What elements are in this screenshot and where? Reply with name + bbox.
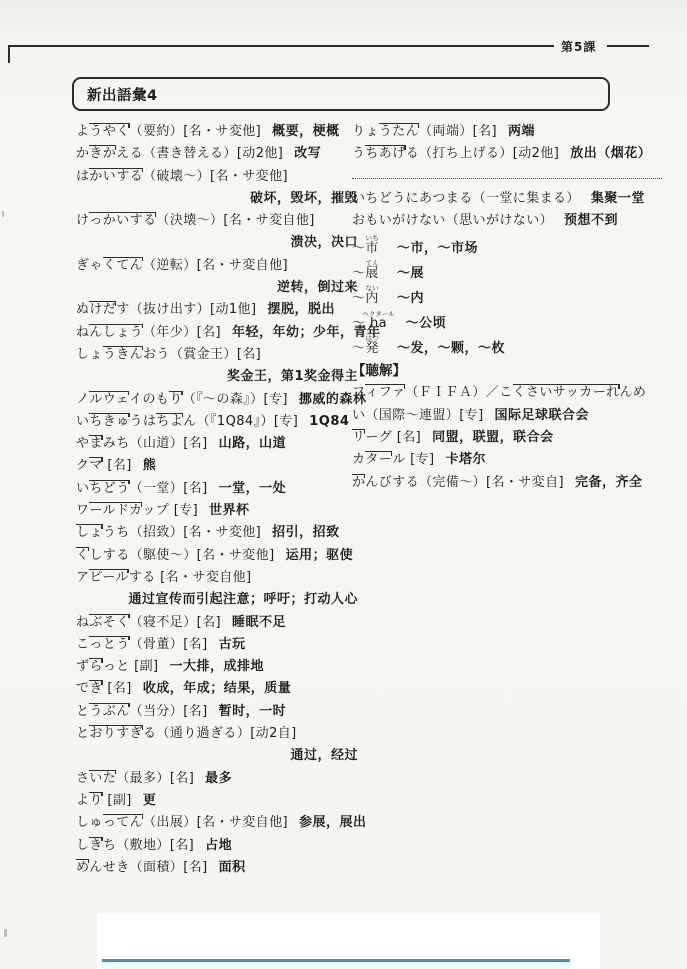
vocab-line: ぎゃくてん（逆転）[名・サ変自他]: [76, 255, 358, 277]
vocab-line: こっとう（骨董）[名]古玩: [76, 634, 358, 656]
vocab-line: ようやく（要約）[名・サ変他]概要，梗概: [76, 121, 358, 143]
meaning-continuation: 溃决，决口: [76, 232, 358, 254]
vocab-line: クマ [名]熊: [76, 455, 358, 477]
vocab-column-left: ようやく（要約）[名・サ変他]概要，梗概かきかえる（書き替える）[动2他]改写は…: [76, 121, 358, 879]
vocab-line: いちどう（一堂）[名]一堂，一处: [76, 478, 358, 500]
corner-crop-mark: [8, 45, 10, 63]
vocab-line: より [副]更: [76, 790, 358, 812]
vocab-line: ずらっと [副]一大排，成排地: [76, 656, 358, 678]
vocab-line: りょうたん（両端）[名]两端: [352, 121, 664, 143]
suffix-entry: ～市いち～市，～市场: [352, 232, 664, 257]
vocab-line: アピールする [名・サ変自他]: [76, 567, 358, 589]
vocab-line: かきかえる（書き替える）[动2他]改写: [76, 143, 358, 165]
vocab-line: おもいがけない（思いがけない）预想不到: [352, 210, 664, 232]
textbook-page: 第5課 新出語彙4 ようやく（要約）[名・サ変他]概要，梗概かきかえる（書き替え…: [0, 0, 687, 969]
vocab-line: い（国際～連盟）[专]国际足球联合会: [352, 405, 664, 427]
vocab-line: しきち（敷地）[名]占地: [76, 835, 358, 857]
vocab-line: ねんしょう（年少）[名]年轻，年幼；少年，青年: [76, 322, 358, 344]
vocab-line: はかいする（破壊～）[名・サ変他]: [76, 166, 358, 188]
meaning-continuation: 逆转，倒过来: [76, 277, 358, 299]
vocab-line: いちどうにあつまる（一堂に集まる）集聚一堂: [352, 188, 664, 210]
vocab-line: かんびする（完備～）[名・サ変自]完备，齐全: [352, 472, 664, 494]
vocab-line: フィファ（ＦＩＦＡ）／こくさいサッカーれんめ: [352, 382, 664, 404]
vocab-column-right: りょうたん（両端）[名]两端うちあげる（打ち上げる）[动2他]放出（烟花）いちど…: [352, 121, 664, 494]
meaning-continuation: 通过宣传而引起注意；呼吁；打动人心: [76, 589, 358, 611]
vocab-line: けっかいする（決壊～）[名・サ変自他]: [76, 210, 358, 232]
vocab-line: さいた（最多）[名]最多: [76, 768, 358, 790]
meaning-continuation: 破坏，毁坏，摧毁: [76, 188, 358, 210]
vocab-line: くしする（駆使～）[名・サ変他]运用；驱使: [76, 545, 358, 567]
vocab-title-box: 新出語彙4: [72, 77, 610, 111]
vocab-line: ねぶそく（寝不足）[名]睡眠不足: [76, 612, 358, 634]
vocab-line: しょうち（招致）[名・サ変他]招引，招致: [76, 522, 358, 544]
vocab-line: リーグ [名]同盟，联盟，联合会: [352, 427, 664, 449]
vocab-line: いちきゅうはちよん（『1Q84』）[专]1Q84: [76, 411, 358, 433]
vocab-line: やまみち（山道）[名]山路，山道: [76, 433, 358, 455]
vocab-line: しょうきんおう（賞金王）[名]: [76, 344, 358, 366]
vocab-line: ノルウェイのもり（『～の森』）[专]挪威的森林: [76, 389, 358, 411]
suffix-entry: ～展てん～展: [352, 257, 664, 282]
section-header-listening: 【聴解】: [352, 357, 664, 382]
footer-blue-glow: [102, 962, 570, 969]
dotted-separator: [352, 166, 664, 188]
lesson-header: 第5課: [561, 38, 596, 55]
vocab-line: ワールドカップ [专]世界杯: [76, 500, 358, 522]
header-rule-left: [8, 45, 554, 47]
vocab-line: でき [名]收成，年成；结果，质量: [76, 678, 358, 700]
scan-artifact: [4, 929, 7, 937]
suffix-entry: ～内ない～内: [352, 282, 664, 307]
vocab-line: ぬけだす（抜け出す）[动1他]摆脱，脱出: [76, 299, 358, 321]
suffix-entry: ～haヘクタール～公顷: [352, 307, 664, 332]
vocab-line: しゅってん（出展）[名・サ変自他]参展，展出: [76, 812, 358, 834]
meaning-continuation: 奖金王，第1奖金得主: [76, 366, 358, 388]
scan-artifact: [2, 211, 4, 217]
meaning-continuation: 通过，经过: [76, 745, 358, 767]
header-rule-right: [607, 45, 649, 47]
vocab-line: うちあげる（打ち上げる）[动2他]放出（烟花）: [352, 143, 664, 165]
vocab-line: カタール [专]卡塔尔: [352, 449, 664, 471]
suffix-entry: ～発はつ～发，～颗，～枚: [352, 332, 664, 357]
vocab-line: とうぶん（当分）[名]暂时，一时: [76, 701, 358, 723]
vocab-title: 新出語彙4: [87, 84, 158, 105]
vocab-line: めんせき（面積）[名]面积: [76, 857, 358, 879]
vocab-line: とおりすぎる（通り過ぎる）[动2自]: [76, 723, 358, 745]
